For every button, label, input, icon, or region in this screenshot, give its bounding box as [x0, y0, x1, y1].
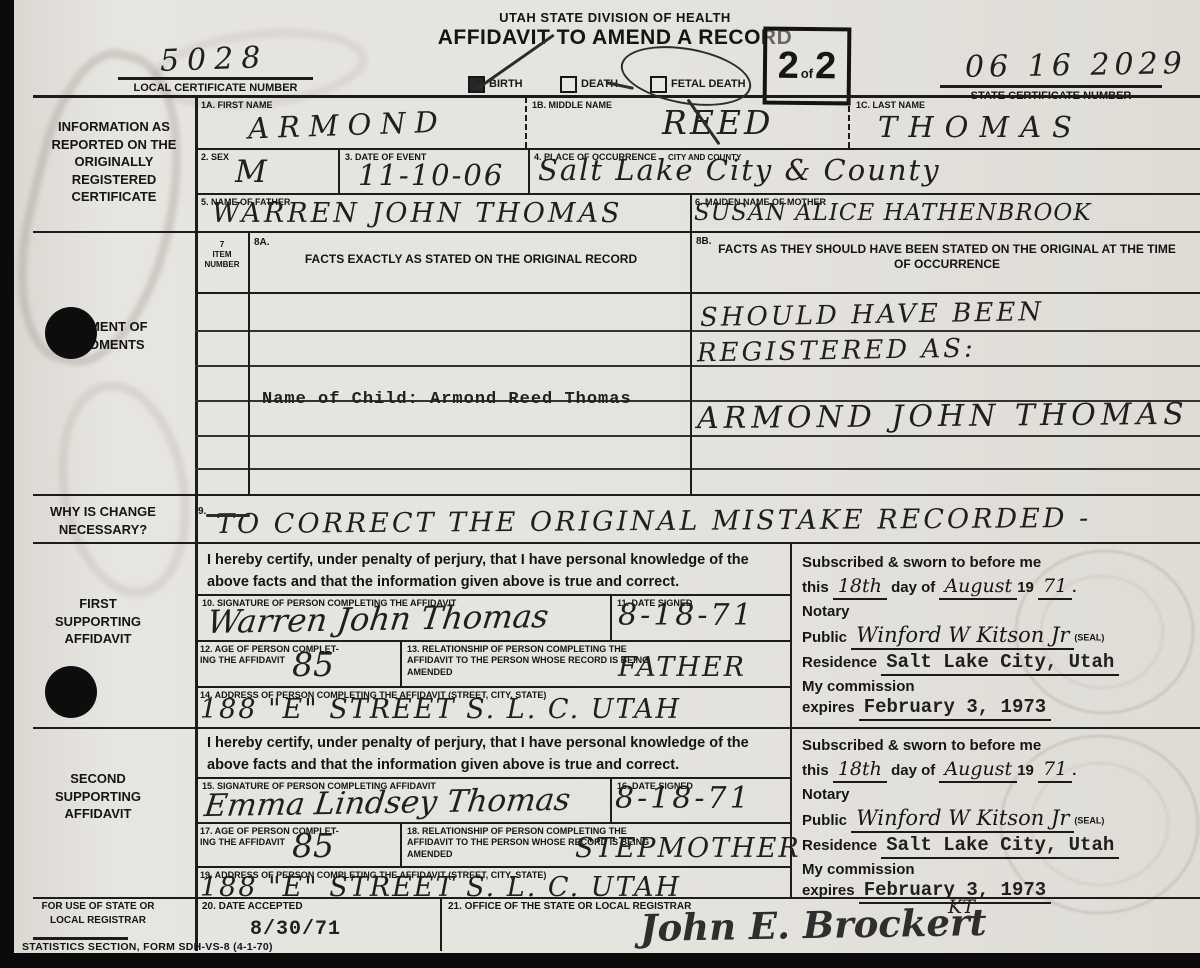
last-name-value: Thomas — [878, 110, 1083, 144]
ghost-ink-artifact — [42, 371, 206, 608]
notary-block-2: Subscribed & sworn to before me this 18t… — [802, 735, 1197, 904]
notary-year: 71 — [1038, 575, 1072, 600]
amendment-line-2: Registered As: — [697, 334, 976, 369]
notary-day: 18th — [833, 575, 887, 600]
col-8a-header: FACTS EXACTLY AS STATED ON THE ORIGINAL … — [262, 252, 680, 267]
sidebar-second-affidavit-label: SECOND SUPPORTING AFFIDAVIT — [38, 770, 158, 823]
date-accepted-label: 20. DATE ACCEPTED — [202, 901, 303, 914]
stamp-right: 2 — [815, 45, 837, 88]
scan-edge-bottom — [14, 953, 1200, 968]
name-of-child-note: Name of Child: Armond Reed Thomas — [262, 390, 632, 409]
public-label: Public — [802, 812, 847, 829]
scan-edge-left — [0, 0, 14, 968]
date-of-event-value: 11-10-06 — [358, 158, 504, 192]
age-2-value: 85 — [292, 826, 334, 865]
day-of-label: day of — [891, 762, 935, 779]
sidebar-registrar-use-label: FOR USE OF STATE OR LOCAL REGISTRAR — [33, 900, 163, 927]
this-label: this — [802, 579, 829, 596]
notary-label: Notary — [802, 784, 1197, 805]
state-certificate-value: 06 16 2029 — [965, 46, 1187, 85]
middle-name-label: 1B. MIDDLE NAME — [532, 100, 612, 111]
col-8b-header: FACTS AS THEY SHOULD HAVE BEEN STATED ON… — [716, 242, 1178, 272]
notary-label: Notary — [802, 601, 1197, 622]
commission-label: My commission — [802, 676, 1197, 697]
notary-expires: February 3, 1973 — [859, 696, 1051, 721]
seal-label: (SEAL) — [1074, 633, 1104, 643]
age-1-value: 85 — [292, 645, 334, 684]
residence-label: Residence — [802, 837, 877, 854]
certify-text-1: I hereby certify, under penalty of perju… — [207, 550, 779, 594]
amendment-line-3: Armond John Thomas — [697, 397, 1189, 436]
registrar-initials: KT — [948, 896, 975, 918]
notary-month: August — [939, 758, 1017, 783]
local-certificate-value: 5028 — [159, 40, 269, 79]
notary-year: 71 — [1038, 758, 1072, 783]
sidebar-why-label: WHY IS CHANGE NECESSARY? — [33, 503, 173, 538]
notary-block-1: Subscribed & sworn to before me this 18t… — [802, 552, 1197, 721]
day-of-label: day of — [891, 579, 935, 596]
commission-label: My commission — [802, 859, 1197, 880]
col-8b-number: 8B. — [696, 236, 712, 249]
death-checkbox — [560, 76, 577, 93]
expires-label: expires — [802, 882, 855, 899]
notary-residence: Salt Lake City, Utah — [881, 651, 1119, 676]
notary-signature: Winford W Kitson Jr — [851, 623, 1074, 650]
registrar-signature-stamp: John E. Brockert — [640, 900, 987, 950]
sex-value: M — [235, 154, 267, 190]
affidavit-document: UTAH STATE DIVISION OF HEALTH AFFIDAVIT … — [0, 0, 1200, 968]
address-2-value: 188 "E" Street S. L. C. Utah — [200, 872, 681, 903]
punch-hole — [45, 307, 97, 359]
sidebar-first-affidavit-label: FIRST SUPPORTING AFFIDAVIT — [38, 595, 158, 648]
punch-hole — [45, 666, 97, 718]
item-number-header: 7 ITEM NUMBER — [197, 240, 247, 270]
stamp-of: of — [801, 65, 813, 80]
why-item-number: 9. — [198, 506, 206, 519]
date-signed-1-value: 8-18-71 — [618, 598, 755, 633]
why-value: To Correct The Original Mistake Recorded… — [216, 503, 1091, 540]
first-name-value: Armond — [247, 105, 447, 146]
notary-month: August — [939, 575, 1017, 600]
this-label: this — [802, 762, 829, 779]
amendment-line-1: Should Have Been — [700, 297, 1045, 333]
date-accepted-value: 8/30/71 — [250, 918, 341, 941]
address-1-value: 188 "E" Street S. L. C. Utah — [200, 694, 681, 725]
stamp-left: 2 — [777, 44, 799, 87]
year-prefix: 19 — [1017, 762, 1034, 779]
sidebar-info-label: INFORMATION AS REPORTED ON THE ORIGINALL… — [38, 118, 190, 206]
father-value: Warren John Thomas — [212, 198, 623, 229]
expires-label: expires — [802, 699, 855, 716]
signature-1-value: Warren John Thomas — [205, 597, 551, 641]
local-certificate-label: LOCAL CERTIFICATE NUMBER — [118, 82, 313, 96]
seal-label: (SEAL) — [1074, 816, 1104, 826]
first-name-label: 1A. FIRST NAME — [201, 100, 273, 111]
notary-intro: Subscribed & sworn to before me — [802, 735, 1197, 756]
relationship-1-value: Father — [618, 652, 746, 683]
sex-label: 2. SEX — [201, 152, 229, 163]
place-value: Salt Lake City & County — [538, 153, 941, 187]
notary-day: 18th — [833, 758, 887, 783]
signature-2-value: Emma Lindsey Thomas — [202, 782, 572, 824]
residence-label: Residence — [802, 654, 877, 671]
state-certificate-line — [940, 85, 1162, 88]
public-label: Public — [802, 629, 847, 646]
relationship-2-value: Stepmother — [575, 833, 801, 864]
notary-residence: Salt Lake City, Utah — [881, 834, 1119, 859]
notary-intro: Subscribed & sworn to before me — [802, 552, 1197, 573]
local-certificate-line — [118, 77, 313, 80]
date-signed-2-value: 8-18-71 — [615, 781, 752, 816]
agency-name: UTAH STATE DIVISION OF HEALTH — [400, 10, 830, 26]
col-8a-number: 8A. — [254, 237, 270, 250]
page-stamp: 2of2 — [763, 27, 852, 106]
certify-text-2: I hereby certify, under penalty of perju… — [207, 733, 779, 777]
pen-stroke — [206, 514, 250, 517]
birth-checkbox-label: BIRTH — [489, 78, 523, 90]
middle-name-value: Reed — [662, 103, 773, 142]
notary-signature: Winford W Kitson Jr — [851, 806, 1074, 833]
mother-value: Susan Alice Hathenbrook — [694, 200, 1091, 226]
year-prefix: 19 — [1017, 579, 1034, 596]
